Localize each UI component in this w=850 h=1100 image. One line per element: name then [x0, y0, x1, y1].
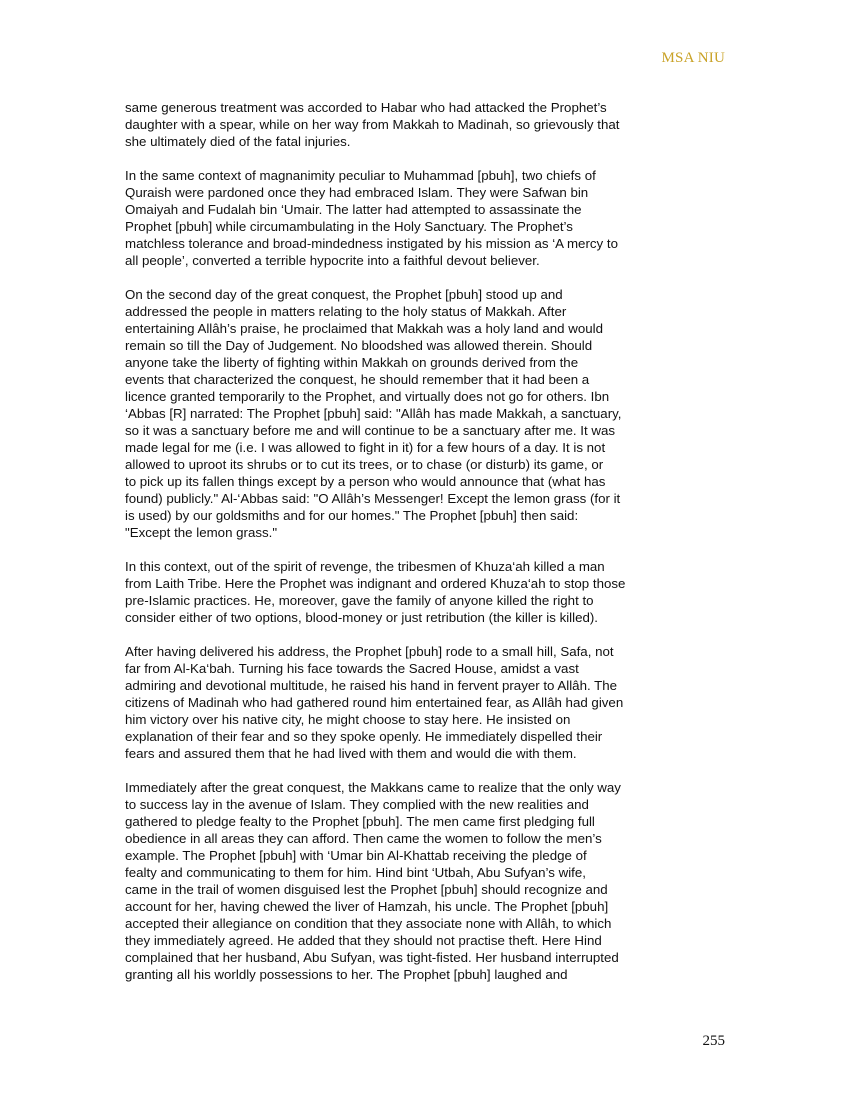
paragraph-4: In this context, out of the spirit of re… — [125, 558, 735, 626]
paragraph-1: same generous treatment was accorded to … — [125, 99, 735, 150]
text-line: gathered to pledge fealty to the Prophet… — [125, 813, 735, 830]
text-line: to pick up its fallen things except by a… — [125, 473, 735, 490]
text-line: anyone take the liberty of fighting with… — [125, 354, 735, 371]
text-line: came in the trail of women disguised les… — [125, 881, 735, 898]
text-line: complained that her husband, Abu Sufyan,… — [125, 949, 735, 966]
text-line: Omaiyah and Fudalah bin ‘Umair. The latt… — [125, 201, 735, 218]
text-line: accepted their allegiance on condition t… — [125, 915, 735, 932]
text-line: found) publicly." Al-‘Abbas said: "O All… — [125, 490, 735, 507]
text-line: matchless tolerance and broad-mindedness… — [125, 235, 735, 252]
text-line: account for her, having chewed the liver… — [125, 898, 735, 915]
text-line: same generous treatment was accorded to … — [125, 99, 735, 116]
text-line: explanation of their fear and so they sp… — [125, 728, 735, 745]
text-line: is used) by our goldsmiths and for our h… — [125, 507, 735, 524]
text-line: In the same context of magnanimity pecul… — [125, 167, 735, 184]
text-line: daughter with a spear, while on her way … — [125, 116, 735, 133]
text-line: entertaining Allâh’s praise, he proclaim… — [125, 320, 735, 337]
text-line: addressed the people in matters relating… — [125, 303, 735, 320]
text-line: made legal for me (i.e. I was allowed to… — [125, 439, 735, 456]
text-line: allowed to uproot its shrubs or to cut i… — [125, 456, 735, 473]
text-line: all people’, converted a terrible hypocr… — [125, 252, 735, 269]
text-line: In this context, out of the spirit of re… — [125, 558, 735, 575]
paragraph-6: Immediately after the great conquest, th… — [125, 779, 735, 983]
running-header: MSA NIU — [662, 50, 726, 67]
text-line: events that characterized the conquest, … — [125, 371, 735, 388]
text-line: admiring and devotional multitude, he ra… — [125, 677, 735, 694]
text-line: After having delivered his address, the … — [125, 643, 735, 660]
text-line: licence granted temporarily to the Proph… — [125, 388, 735, 405]
text-line: fears and assured them that he had lived… — [125, 745, 735, 762]
text-line: example. The Prophet [pbuh] with ‘Umar b… — [125, 847, 735, 864]
text-line: "Except the lemon grass." — [125, 524, 735, 541]
text-line: Prophet [pbuh] while circumambulating in… — [125, 218, 735, 235]
text-line: they immediately agreed. He added that t… — [125, 932, 735, 949]
text-line: Quraish were pardoned once they had embr… — [125, 184, 735, 201]
text-line: remain so till the Day of Judgement. No … — [125, 337, 735, 354]
paragraph-5: After having delivered his address, the … — [125, 643, 735, 762]
text-line: obedience in all areas they can afford. … — [125, 830, 735, 847]
text-line: to success lay in the avenue of Islam. T… — [125, 796, 735, 813]
page-body: same generous treatment was accorded to … — [125, 99, 735, 1000]
paragraph-3: On the second day of the great conquest,… — [125, 286, 735, 541]
text-line: pre-Islamic practices. He, moreover, gav… — [125, 592, 735, 609]
text-line: him victory over his native city, he mig… — [125, 711, 735, 728]
text-line: so it was a sanctuary before me and will… — [125, 422, 735, 439]
paragraph-2: In the same context of magnanimity pecul… — [125, 167, 735, 269]
text-line: On the second day of the great conquest,… — [125, 286, 735, 303]
text-line: citizens of Madinah who had gathered rou… — [125, 694, 735, 711]
page-number: 255 — [703, 1033, 726, 1050]
text-line: consider either of two options, blood-mo… — [125, 609, 735, 626]
text-line: she ultimately died of the fatal injurie… — [125, 133, 735, 150]
text-line: Immediately after the great conquest, th… — [125, 779, 735, 796]
text-line: granting all his worldly possessions to … — [125, 966, 735, 983]
text-line: fealty and communicating to them for him… — [125, 864, 735, 881]
text-line: far from Al-Ka‘bah. Turning his face tow… — [125, 660, 735, 677]
text-line: from Laith Tribe. Here the Prophet was i… — [125, 575, 735, 592]
text-line: ‘Abbas [R] narrated: The Prophet [pbuh] … — [125, 405, 735, 422]
